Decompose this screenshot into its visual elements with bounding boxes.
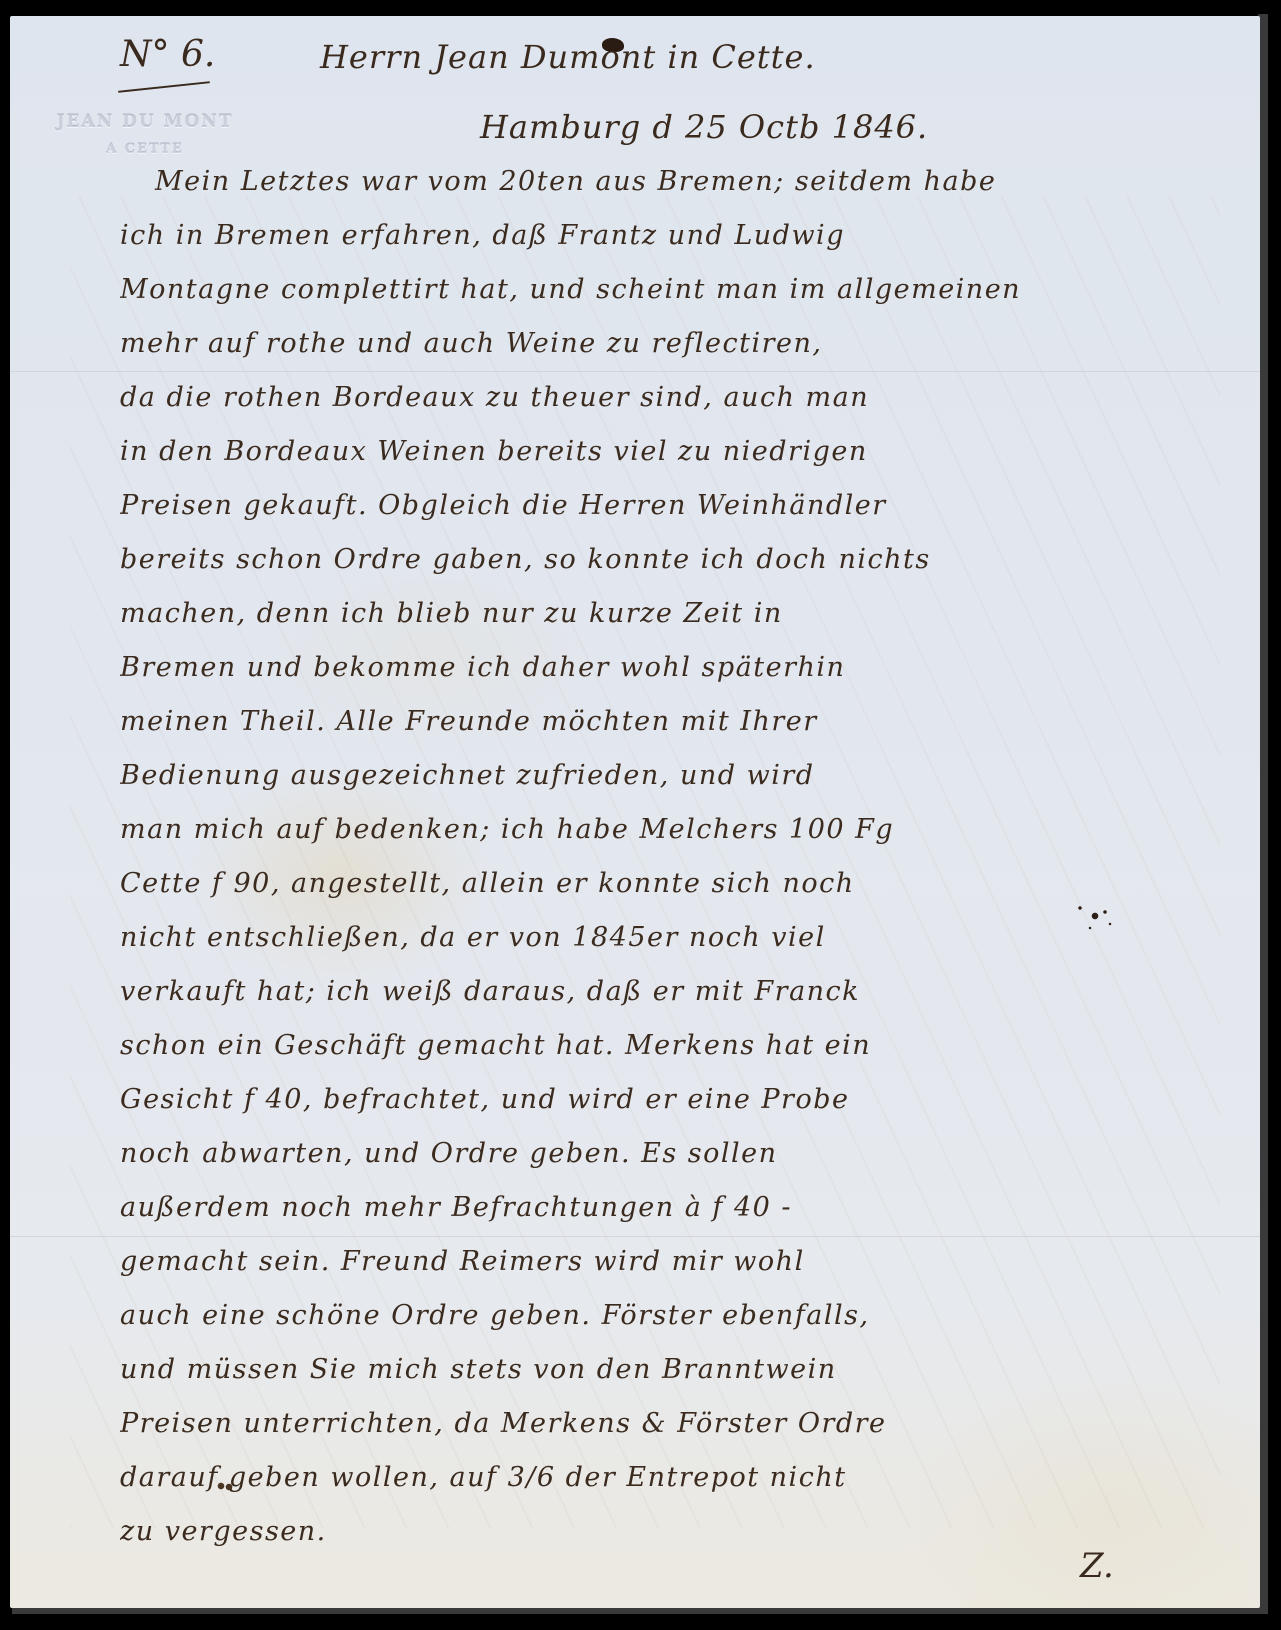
body-line: ich in Bremen erfahren, daß Frantz und L… bbox=[120, 220, 1230, 274]
body-line: auch eine schöne Ordre geben. Förster eb… bbox=[120, 1300, 1230, 1354]
body-line: Bedienung ausgezeichnet zufrieden, und w… bbox=[120, 760, 1230, 814]
body-line: Bremen und bekomme ich daher wohl später… bbox=[120, 652, 1230, 706]
body-line: und müssen Sie mich stets von den Brannt… bbox=[120, 1354, 1230, 1408]
body-line: außerdem noch mehr Befrachtungen à f 40 … bbox=[120, 1192, 1230, 1246]
letter-page: JEAN DU MONT A CETTE N° 6. Herrn Jean Du… bbox=[10, 16, 1260, 1608]
body-line: mehr auf rothe und auch Weine zu reflect… bbox=[120, 328, 1230, 382]
addressee-line: Herrn Jean Dumont in Cette. bbox=[320, 38, 816, 76]
letter-body: Mein Letztes war vom 20ten aus Bremen; s… bbox=[120, 166, 1230, 1570]
stamp-line-1: JEAN DU MONT bbox=[50, 112, 240, 132]
body-line: zu vergessen. bbox=[120, 1516, 1230, 1570]
page-turn-mark: Z. bbox=[1080, 1546, 1114, 1586]
body-line: Mein Letztes war vom 20ten aus Bremen; s… bbox=[120, 166, 1230, 220]
body-line: bereits schon Ordre gaben, so konnte ich… bbox=[120, 544, 1230, 598]
embossed-stamp: JEAN DU MONT A CETTE bbox=[50, 112, 240, 157]
place-date-line: Hamburg d 25 Octb 1846. bbox=[480, 108, 928, 146]
body-line: Preisen unterrichten, da Merkens & Först… bbox=[120, 1408, 1230, 1462]
stamp-line-2: A CETTE bbox=[50, 142, 240, 157]
body-line: nicht entschließen, da er von 1845er noc… bbox=[120, 922, 1230, 976]
body-line: machen, denn ich blieb nur zu kurze Zeit… bbox=[120, 598, 1230, 652]
body-line: Montagne complettirt hat, und scheint ma… bbox=[120, 274, 1230, 328]
body-line: Cette f 90, angestellt, allein er konnte… bbox=[120, 868, 1230, 922]
body-line: meinen Theil. Alle Freunde möchten mit I… bbox=[120, 706, 1230, 760]
body-line: Gesicht f 40, befrachtet, und wird er ei… bbox=[120, 1084, 1230, 1138]
body-line: noch abwarten, und Ordre geben. Es solle… bbox=[120, 1138, 1230, 1192]
body-line: schon ein Geschäft gemacht hat. Merkens … bbox=[120, 1030, 1230, 1084]
body-line: in den Bordeaux Weinen bereits viel zu n… bbox=[120, 436, 1230, 490]
body-line: da die rothen Bordeaux zu theuer sind, a… bbox=[120, 382, 1230, 436]
letter-number: N° 6. bbox=[120, 34, 215, 75]
body-line: Preisen gekauft. Obgleich die Herren Wei… bbox=[120, 490, 1230, 544]
body-line: verkauft hat; ich weiß daraus, daß er mi… bbox=[120, 976, 1230, 1030]
body-line: darauf geben wollen, auf 3/6 der Entrepo… bbox=[120, 1462, 1230, 1516]
body-line: gemacht sein. Freund Reimers wird mir wo… bbox=[120, 1246, 1230, 1300]
body-line: man mich auf bedenken; ich habe Melchers… bbox=[120, 814, 1230, 868]
